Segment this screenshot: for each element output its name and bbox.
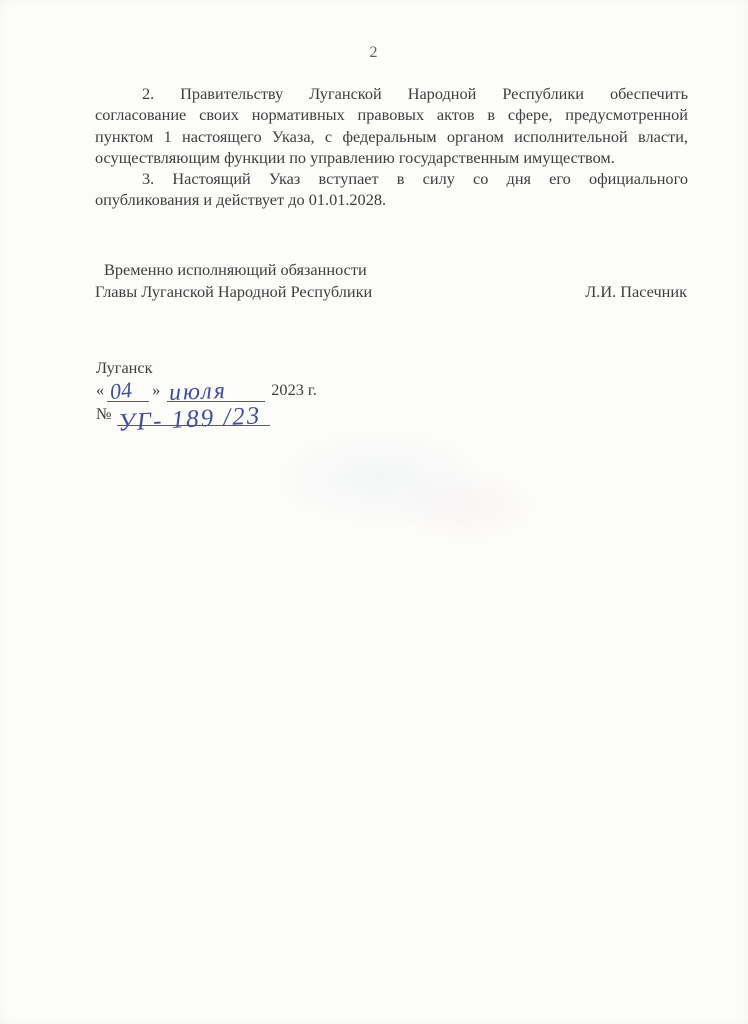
signature-block: Временно исполняющий обязанности Главы Л… <box>95 259 687 302</box>
decree-paragraph-2: 2. Правительству Луганской Народной Респ… <box>95 83 688 168</box>
issue-date-line: « 04 » июля 2023 г. <box>96 380 317 402</box>
handwritten-day: 04 <box>109 377 134 405</box>
handwritten-number: УГ- 189 /23 <box>117 402 262 437</box>
text-line: 2. Правительству Луганской Народной Респ… <box>95 83 688 104</box>
number-sign: № <box>96 404 112 424</box>
number-blank-line: УГ- 189 /23 <box>117 409 270 426</box>
decree-paragraph-3: 3. Настоящий Указ вступает в силу со дня… <box>95 168 688 211</box>
signer-position-line-1: Временно исполняющий обязанности <box>95 259 687 281</box>
text-line: осуществляющим функции по управлению гос… <box>95 147 688 168</box>
scan-stain <box>390 468 540 543</box>
scan-stain <box>270 428 490 528</box>
issue-city: Луганск <box>96 358 317 378</box>
signer-position-line-2: Главы Луганской Народной Республики Л.И.… <box>95 281 687 303</box>
text-line: согласование своих нормативных правовых … <box>95 104 688 125</box>
signer-name: Л.И. Пасечник <box>585 281 687 303</box>
close-quote: » <box>152 380 160 400</box>
handwritten-month: июля <box>169 378 228 407</box>
issue-number-line: № УГ- 189 /23 <box>96 404 317 426</box>
text-line: 3. Настоящий Указ вступает в силу со дня… <box>95 168 688 189</box>
open-quote: « <box>96 380 104 400</box>
issue-block: Луганск « 04 » июля 2023 г. № УГ- 189 /2… <box>96 358 317 426</box>
decree-body: 2. Правительству Луганской Народной Респ… <box>95 83 688 211</box>
page-number: 2 <box>0 44 748 62</box>
signer-position-text: Главы Луганской Народной Республики <box>95 281 372 303</box>
scanned-decree-page: 2 2. Правительству Луганской Народной Ре… <box>0 0 748 1024</box>
month-blank-line: июля <box>167 385 265 402</box>
issue-year: 2023 г. <box>271 380 317 400</box>
day-blank-line: 04 <box>107 385 149 402</box>
text-line: пунктом 1 настоящего Указа, с федеральны… <box>95 126 688 147</box>
text-line: опубликования и действует до 01.01.2028. <box>95 189 688 210</box>
